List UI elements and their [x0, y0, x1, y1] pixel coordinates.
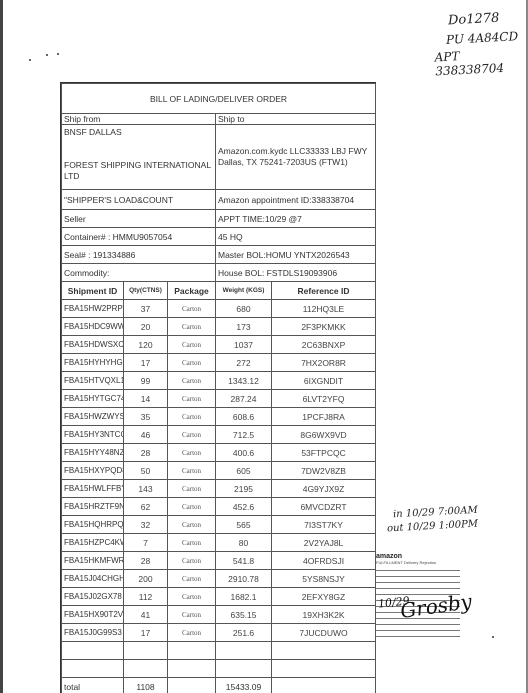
cell-reference-id: 5YS8NSJY [272, 570, 376, 588]
cell-package: Carton [168, 426, 216, 444]
cell-shipment-id: FBA15HDWSXCL [62, 336, 124, 354]
info-row: Seal# : 191334886 Master BOL:HOMU YNTX20… [62, 246, 376, 264]
handwritten-out-time: out 10/29 1:00PM [387, 519, 479, 535]
cell-shipment-id: FBA15HTVQXL1 [62, 372, 124, 390]
cell-reference-id: 1PCFJ8RA [272, 408, 376, 426]
cell-reference-id: 8G6WX9VD [272, 426, 376, 444]
cell-shipment-id: FBA15J04CHGH [62, 570, 124, 588]
cell-reference-id: 7I3ST7KY [272, 516, 376, 534]
ship-from-line1: BNSF DALLAS [64, 127, 213, 138]
info-row: Container# : HMMU9057054 45 HQ [62, 228, 376, 246]
handwritten-pu-number: PU 4A84CD [446, 29, 519, 47]
cell-weight: 1682.1 [216, 588, 272, 606]
cell-reference-id: 7DW2V8ZB [272, 462, 376, 480]
cell-qty: 46 [124, 426, 168, 444]
shipment-row: FBA15HKMFWR128Carton541.84OFRDSJI [62, 552, 376, 570]
cell-package: Carton [168, 516, 216, 534]
cell-shipment-id: FBA15HYHYHG8 [62, 354, 124, 372]
shipment-row: FBA15HDC9WW420Carton1732F3PKMKK [62, 318, 376, 336]
cell-qty: 62 [124, 498, 168, 516]
speck [57, 53, 59, 55]
shipment-row: FBA15HYHYHG817Carton2727HX2OR8R [62, 354, 376, 372]
cell-shipment-id: FBA15HYTGC74 [62, 390, 124, 408]
cell-qty: 120 [124, 336, 168, 354]
cell-qty: 112 [124, 588, 168, 606]
cell-qty: 32 [124, 516, 168, 534]
cell-package: Carton [168, 390, 216, 408]
cell-package: Carton [168, 534, 216, 552]
cell-package: Carton [168, 552, 216, 570]
ship-from-label: Ship from [62, 114, 216, 125]
ship-to-address: Amazon.com.kydc LLC33333 LBJ FWY Dallas,… [216, 125, 376, 190]
info-row: "SHIPPER'S LOAD&COUNT Amazon appointment… [62, 190, 376, 210]
ship-to-label: Ship to [216, 114, 376, 125]
cell-shipment-id: FBA15HX90T2V [62, 606, 124, 624]
cell-qty: 35 [124, 408, 168, 426]
cell-reference-id: 4G9YJX9Z [272, 480, 376, 498]
cell-shipment-id: FBA15HW2PRPV [62, 300, 124, 318]
cell-reference-id: 6LVT2YFQ [272, 390, 376, 408]
bill-of-lading: BILL OF LADING/DELIVER ORDER Ship from S… [60, 82, 376, 693]
cell-qty: 41 [124, 606, 168, 624]
col-reference-id: Reference ID [272, 282, 376, 300]
empty-cell [168, 642, 216, 660]
shipment-row: FBA15HXYPQD850Carton6057DW2V8ZB [62, 462, 376, 480]
cell-weight: 400.6 [216, 444, 272, 462]
cell-package: Carton [168, 624, 216, 642]
cell-reference-id: 4OFRDSJI [272, 552, 376, 570]
cell-qty: 200 [124, 570, 168, 588]
cell-package: Carton [168, 354, 216, 372]
info-right: Master BOL:HOMU YNTX2026543 [216, 246, 376, 264]
shipment-row: FBA15HX90T2V41Carton635.1519XH3K2K [62, 606, 376, 624]
empty-cell [62, 660, 124, 678]
cell-reference-id: 19XH3K2K [272, 606, 376, 624]
info-left: Seller [62, 210, 216, 228]
speck [46, 54, 48, 56]
cell-weight: 80 [216, 534, 272, 552]
cell-package: Carton [168, 372, 216, 390]
cell-shipment-id: FBA15HWLFFBY [62, 480, 124, 498]
empty-cell [216, 642, 272, 660]
shipment-row: FBA15HRZTF9N62Carton452.66MVCDZRT [62, 498, 376, 516]
cell-weight: 680 [216, 300, 272, 318]
cell-qty: 99 [124, 372, 168, 390]
cell-qty: 17 [124, 624, 168, 642]
cell-weight: 452.6 [216, 498, 272, 516]
col-weight: Weight (KGS) [216, 282, 272, 300]
total-qty: 1108 [124, 678, 168, 693]
cell-reference-id: 53FTPCQC [272, 444, 376, 462]
info-right: 45 HQ [216, 228, 376, 246]
cell-qty: 28 [124, 552, 168, 570]
speck [492, 636, 494, 638]
empty-cell [124, 642, 168, 660]
bol-table: BILL OF LADING/DELIVER ORDER Ship from S… [61, 83, 376, 693]
cell-reference-id: 6MVCDZRT [272, 498, 376, 516]
cell-package: Carton [168, 498, 216, 516]
shipment-row: FBA15HYY48NZ28Carton400.653FTPCQC [62, 444, 376, 462]
shipment-row: FBA15HWLFFBY143Carton21954G9YJX9Z [62, 480, 376, 498]
shipment-row: FBA15HDWSXCL120Carton10372C63BNXP [62, 336, 376, 354]
cell-package: Carton [168, 570, 216, 588]
cell-reference-id: 2V2YAJ8L [272, 534, 376, 552]
shipment-row: FBA15HQHRPQK32Carton5657I3ST7KY [62, 516, 376, 534]
handwritten-in-time: in 10/29 7:00AM [393, 505, 478, 520]
ship-from-address: BNSF DALLAS FOREST SHIPPING INTERNATIONA… [62, 125, 216, 190]
cell-weight: 635.15 [216, 606, 272, 624]
cell-package: Carton [168, 588, 216, 606]
col-package: Package [168, 282, 216, 300]
cell-reference-id: 2EFXY8GZ [272, 588, 376, 606]
cell-package: Carton [168, 444, 216, 462]
empty-row [62, 660, 376, 678]
cell-weight: 272 [216, 354, 272, 372]
shipment-row: FBA15HZPC4KW7Carton802V2YAJ8L [62, 534, 376, 552]
column-header-row: Shipment ID Qty(CTNS) Package Weight (KG… [62, 282, 376, 300]
handwritten-po-number: Do1278 [448, 11, 500, 29]
shipment-row: FBA15HWZWYSF35Carton608.61PCFJ8RA [62, 408, 376, 426]
cell-qty: 50 [124, 462, 168, 480]
cell-reference-id: 7JUCDUWO [272, 624, 376, 642]
info-right: House BOL: FSTDLS19093906 [216, 264, 376, 282]
empty-cell [124, 660, 168, 678]
scan-edge-left [0, 0, 3, 693]
cell-package: Carton [168, 408, 216, 426]
cell-reference-id: 6IXGNDIT [272, 372, 376, 390]
cell-package: Carton [168, 318, 216, 336]
total-label: total [62, 678, 124, 693]
cell-shipment-id: FBA15HKMFWR1 [62, 552, 124, 570]
info-left: Seal# : 191334886 [62, 246, 216, 264]
cell-qty: 7 [124, 534, 168, 552]
info-left: Container# : HMMU9057054 [62, 228, 216, 246]
empty-cell [168, 660, 216, 678]
cell-reference-id: 7HX2OR8R [272, 354, 376, 372]
total-reference [272, 678, 376, 693]
total-row: total110815433.09 [62, 678, 376, 693]
col-qty: Qty(CTNS) [124, 282, 168, 300]
cell-shipment-id: FBA15J0G99S3 [62, 624, 124, 642]
cell-reference-id: 2C63BNXP [272, 336, 376, 354]
handwritten-apt-number: APT 338338704 [434, 46, 528, 79]
cell-weight: 2910.78 [216, 570, 272, 588]
cell-qty: 28 [124, 444, 168, 462]
cell-package: Carton [168, 606, 216, 624]
cell-shipment-id: FBA15HZPC4KW [62, 534, 124, 552]
cell-weight: 541.8 [216, 552, 272, 570]
shipment-row: FBA15HW2PRPV37Carton680112HQ3LE [62, 300, 376, 318]
cell-weight: 712.5 [216, 426, 272, 444]
ship-from-line2: FOREST SHIPPING INTERNATIONAL LTD [64, 160, 213, 182]
speck [29, 59, 31, 61]
shipment-row: FBA15J0G99S317Carton251.67JUCDUWO [62, 624, 376, 642]
cell-shipment-id: FBA15HWZWYSF [62, 408, 124, 426]
shipment-row: FBA15HY3NTCQ46Carton712.58G6WX9VD [62, 426, 376, 444]
col-shipment-id: Shipment ID [62, 282, 124, 300]
cell-qty: 20 [124, 318, 168, 336]
empty-cell [62, 642, 124, 660]
info-row: Seller APPT TIME:10/29 @7 [62, 210, 376, 228]
shipment-row: FBA15J02GX78112Carton1682.12EFXY8GZ [62, 588, 376, 606]
cell-qty: 143 [124, 480, 168, 498]
cell-shipment-id: FBA15HY3NTCQ [62, 426, 124, 444]
cell-shipment-id: FBA15HRZTF9N [62, 498, 124, 516]
cell-weight: 1343.12 [216, 372, 272, 390]
cell-package: Carton [168, 300, 216, 318]
cell-reference-id: 112HQ3LE [272, 300, 376, 318]
cell-shipment-id: FBA15HQHRPQK [62, 516, 124, 534]
empty-cell [216, 660, 272, 678]
cell-package: Carton [168, 480, 216, 498]
cell-package: Carton [168, 336, 216, 354]
cell-weight: 605 [216, 462, 272, 480]
cell-weight: 1037 [216, 336, 272, 354]
total-package [168, 678, 216, 693]
cell-weight: 287.24 [216, 390, 272, 408]
info-right: APPT TIME:10/29 @7 [216, 210, 376, 228]
shipment-row: FBA15HYTGC7414Carton287.246LVT2YFQ [62, 390, 376, 408]
total-weight: 15433.09 [216, 678, 272, 693]
info-left: Commodity: [62, 264, 216, 282]
cell-weight: 251.6 [216, 624, 272, 642]
cell-shipment-id: FBA15J02GX78 [62, 588, 124, 606]
empty-cell [272, 660, 376, 678]
cell-reference-id: 2F3PKMKK [272, 318, 376, 336]
cell-weight: 608.6 [216, 408, 272, 426]
empty-row [62, 642, 376, 660]
cell-weight: 2195 [216, 480, 272, 498]
document-title: BILL OF LADING/DELIVER ORDER [62, 84, 376, 114]
shipment-row: FBA15J04CHGH200Carton2910.785YS8NSJY [62, 570, 376, 588]
cell-qty: 14 [124, 390, 168, 408]
cell-shipment-id: FBA15HDC9WW4 [62, 318, 124, 336]
info-left: "SHIPPER'S LOAD&COUNT [62, 190, 216, 210]
cell-weight: 173 [216, 318, 272, 336]
info-right: Amazon appointment ID:338338704 [216, 190, 376, 210]
cell-weight: 565 [216, 516, 272, 534]
empty-cell [272, 642, 376, 660]
cell-shipment-id: FBA15HXYPQD8 [62, 462, 124, 480]
cell-qty: 37 [124, 300, 168, 318]
cell-shipment-id: FBA15HYY48NZ [62, 444, 124, 462]
cell-qty: 17 [124, 354, 168, 372]
stamp-brand: amazon [376, 553, 470, 560]
shipment-row: FBA15HTVQXL199Carton1343.126IXGNDIT [62, 372, 376, 390]
info-row: Commodity: House BOL: FSTDLS19093906 [62, 264, 376, 282]
cell-package: Carton [168, 462, 216, 480]
